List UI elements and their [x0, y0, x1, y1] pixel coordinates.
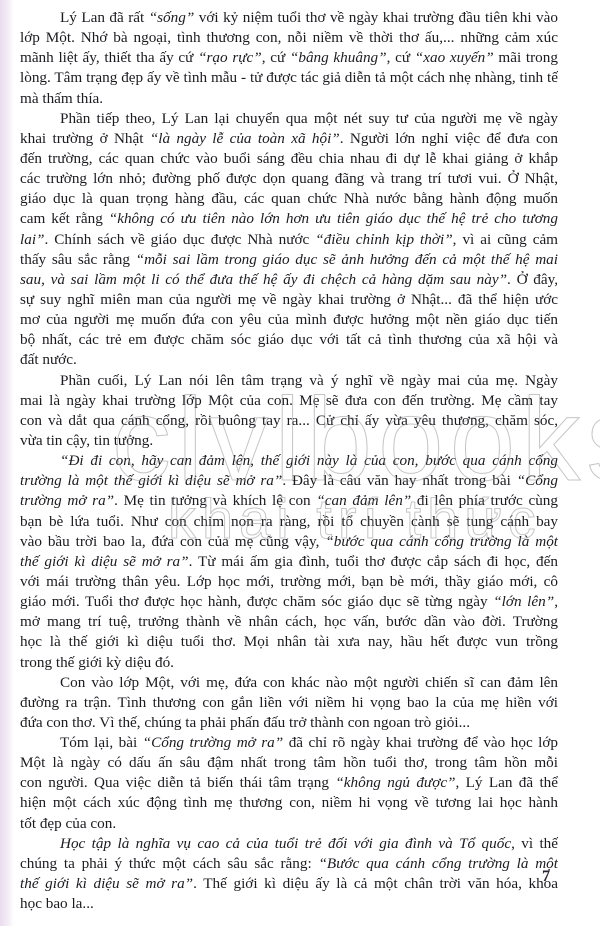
- text-line: Tóm lại, bài “Cổng trường mở ra” đã chỉ …: [20, 733, 558, 753]
- text-run: trong thế giới kỳ diệu đó.: [20, 654, 174, 671]
- text-run: lớp Một. Nhớ bà ngoại, tình thương con, …: [20, 29, 558, 46]
- text-line: trong thế giới kỳ diệu đó.: [20, 653, 558, 673]
- text-run: bạn bè lứa tuổi. Như con chim non ra ràn…: [20, 513, 558, 530]
- italic-quote: trường mở ra”: [20, 492, 114, 509]
- text-run: con người. Qua việc diễn tả biến thái tâ…: [20, 774, 335, 791]
- text-run: . Thế giới kì diệu ấy là cả một chân trờ…: [193, 875, 558, 892]
- text-line: Một là ngày có dấu ấn sâu đậm nhất trong…: [20, 753, 558, 773]
- text-line: đường ra trận. Tình thương con gắn liền …: [20, 693, 558, 713]
- text-run: . Đây là câu văn hay nhất trong bài: [282, 472, 516, 489]
- text-run: mơ của người mẹ muốn đứa con yêu của mìn…: [20, 311, 558, 328]
- paragraph: Con vào lớp Một, với mẹ, đứa con khác nà…: [20, 673, 558, 733]
- text-line: bạn bè lứa tuổi. Như con chim non ra ràn…: [20, 512, 558, 532]
- text-line: học bao la...: [20, 894, 558, 914]
- text-line: chúng ta phải ý thức một cách sâu sắc rằ…: [20, 854, 558, 874]
- text-run: con và dắt qua cánh cổng, rồi buông tay …: [20, 412, 558, 429]
- text-run: bộ nhất, các trẻ em được chăm sóc giáo d…: [20, 331, 558, 348]
- text-run: giáo dục là quan trọng hàng đầu, các qua…: [20, 190, 558, 207]
- italic-quote: sau, và sai lầm một li có thể đưa thế hệ…: [20, 271, 507, 288]
- italic-quote: Học tập là nghĩa vụ cao cả của tuổi trẻ …: [60, 835, 511, 852]
- text-run: học bao la...: [20, 895, 94, 912]
- italic-quote: “Bước qua cánh cổng trường là một: [318, 855, 558, 872]
- text-run: . Người lớn nghỉ việc để đưa con: [340, 130, 558, 147]
- italic-quote: “lớn lên”: [493, 593, 554, 610]
- text-line: các trường lớn nhỏ; đường phố được dọn q…: [20, 169, 558, 189]
- text-run: vào bầu trời bao la, đứa con của mẹ cũng…: [20, 533, 325, 550]
- text-line: thấy sâu sắc rằng “mỗi sai lầm trong giá…: [20, 250, 558, 270]
- italic-quote: thế giới kì diệu sẽ mở ra”: [20, 875, 193, 892]
- text-run: các trường lớn nhỏ; đường phố được dọn q…: [20, 170, 558, 187]
- text-run: đến trường, các quan chức vào buổi sáng …: [20, 150, 558, 167]
- text-run: . Ở đây,: [507, 271, 558, 288]
- text-run: , vì thế: [511, 835, 558, 852]
- text-line: tốt đẹp của con.: [20, 814, 558, 834]
- italic-quote: “can đảm lên”: [316, 492, 411, 509]
- text-line: lai”. Chính sách về giáo dục được Nhà nư…: [20, 230, 558, 250]
- text-line: con và dắt qua cánh cổng, rồi buông tay …: [20, 411, 558, 431]
- italic-quote: “điều chỉnh kịp thời”: [315, 231, 452, 248]
- page-body-text: Lý Lan đã rất “sống” với kỷ niệm tuổi th…: [20, 8, 558, 914]
- italic-quote: “không ngủ được”: [335, 774, 455, 791]
- text-line: vừa tin cậy, tin tưởng.: [20, 431, 558, 451]
- paragraph: Phần tiếp theo, Lý Lan lại chuyển qua mộ…: [20, 109, 558, 371]
- italic-quote: “không có ưu tiên nào lớn hơn ưu tiên gi…: [109, 210, 558, 227]
- text-run: mở mang trí tuệ, trưởng thành về nhân cá…: [20, 613, 558, 630]
- text-run: Phần cuối, Lý Lan nói lên tâm trạng và ý…: [60, 372, 558, 389]
- text-line: Phần cuối, Lý Lan nói lên tâm trạng và ý…: [20, 371, 558, 391]
- text-run: . Từ mái ấm gia đình, tuổi thơ được cắp …: [189, 553, 558, 570]
- text-run: , cứ: [262, 49, 290, 66]
- text-run: thấy sâu sắc rằng: [20, 251, 136, 268]
- text-line: học là thế giới kì diệu tuổi thơ. Mọi nh…: [20, 632, 558, 652]
- page-number: 7: [542, 868, 550, 886]
- italic-quote: lai”: [20, 231, 44, 248]
- text-run: học là thế giới kì diệu tuổi thơ. Mọi nh…: [20, 633, 558, 650]
- text-run: Lý Lan đã rất: [60, 9, 149, 26]
- text-run: . Mẹ tin tưởng và khích lệ con: [114, 492, 316, 509]
- text-line: đứa con thơ. Vì thế, chúng ta phải phấn …: [20, 713, 558, 733]
- text-run: đi lên phía trước cùng: [411, 492, 558, 509]
- text-line: bộ nhất, các trẻ em được chăm sóc giáo d…: [20, 330, 558, 350]
- text-line: giáo mới. Tuổi thơ được học hành, được c…: [20, 592, 558, 612]
- text-line: vào bầu trời bao la, đứa con của mẹ cũng…: [20, 532, 558, 552]
- text-line: sự suy nghĩ miên man của người mẹ về ngà…: [20, 290, 558, 310]
- text-line: thế giới kì diệu sẽ mở ra”. Từ mái ấm gi…: [20, 552, 558, 572]
- text-line: cam kết rằng “không có ưu tiên nào lớn h…: [20, 209, 558, 229]
- text-run: đường ra trận. Tình thương con gắn liền …: [20, 694, 558, 711]
- italic-quote: “là ngày lễ của toàn xã hội”: [150, 130, 340, 147]
- text-line: đến trường, các quan chức vào buổi sáng …: [20, 149, 558, 169]
- text-run: khai trường ở Nhật: [20, 130, 150, 147]
- text-line: mãnh liệt ấy, thiết tha ấy cứ “rạo rực”,…: [20, 48, 558, 68]
- text-run: sự suy nghĩ miên man của người mẹ về ngà…: [20, 291, 558, 308]
- text-line: giáo dục là quan trọng hàng đầu, các qua…: [20, 189, 558, 209]
- text-line: Con vào lớp Một, với mẹ, đứa con khác nà…: [20, 673, 558, 693]
- text-line: mà thấm thía.: [20, 89, 558, 109]
- text-run: Tóm lại, bài: [60, 734, 143, 751]
- text-run: ,: [554, 593, 558, 610]
- italic-quote: “bước qua cánh cổng trường là một: [325, 533, 558, 550]
- text-run: mãnh liệt ấy, thiết tha ấy cứ: [20, 49, 198, 66]
- text-run: , vì ai cũng cảm: [453, 231, 558, 248]
- text-line: mở mang trí tuệ, trưởng thành về nhân cá…: [20, 612, 558, 632]
- text-run: . Chính sách về giáo dục được Nhà nước: [44, 231, 315, 248]
- italic-quote: “Cổng trường mở ra”: [143, 734, 284, 751]
- text-line: con người. Qua việc diễn tả biến thái tâ…: [20, 773, 558, 793]
- page-gutter-shadow: [0, 0, 14, 926]
- text-run: mãi trong: [494, 49, 558, 66]
- text-line: Lý Lan đã rất “sống” với kỷ niệm tuổi th…: [20, 8, 558, 28]
- text-line: hiện một cách xúc động tình mẹ thương co…: [20, 793, 558, 813]
- text-run: Con vào lớp Một, với mẹ, đứa con khác nà…: [60, 674, 558, 691]
- text-run: với mái trường thân yêu. Lớp học mới, tr…: [20, 573, 558, 590]
- text-line: trường mở ra”. Mẹ tin tưởng và khích lệ …: [20, 491, 558, 511]
- text-run: mà thấm thía.: [20, 90, 103, 107]
- text-run: cam kết rằng: [20, 210, 109, 227]
- text-run: chúng ta phải ý thức một cách sâu sắc rằ…: [20, 855, 318, 872]
- text-run: Phần tiếp theo, Lý Lan lại chuyển qua mộ…: [60, 110, 558, 127]
- text-line: Học tập là nghĩa vụ cao cả của tuổi trẻ …: [20, 834, 558, 854]
- italic-quote: “mỗi sai lầm trong giáo dục sẽ ảnh hưởng…: [136, 251, 558, 268]
- text-line: đất nước.: [20, 350, 558, 370]
- italic-quote: “rạo rực”: [198, 49, 262, 66]
- text-run: Một là ngày có dấu ấn sâu đậm nhất trong…: [20, 754, 558, 771]
- text-line: trường là một thế giới kì diệu sẽ mở ra”…: [20, 471, 558, 491]
- text-line: sau, và sai lầm một li có thể đưa thế hệ…: [20, 270, 558, 290]
- paragraph: “Đi đi con, hãy can đảm lên, thế giới nà…: [20, 451, 558, 673]
- text-run: , cứ: [387, 49, 415, 66]
- text-line: mơ của người mẹ muốn đứa con yêu của mìn…: [20, 310, 558, 330]
- text-run: đứa con thơ. Vì thế, chúng ta phải phấn …: [20, 714, 470, 731]
- text-line: Phần tiếp theo, Lý Lan lại chuyển qua mộ…: [20, 109, 558, 129]
- text-line: với mái trường thân yêu. Lớp học mới, tr…: [20, 572, 558, 592]
- text-line: “Đi đi con, hãy can đảm lên, thế giới nà…: [20, 451, 558, 471]
- text-run: đã chỉ rõ ngày khai trường để vào học lớ…: [283, 734, 558, 751]
- italic-quote: “bâng khuâng”: [290, 49, 387, 66]
- text-line: khai trường ở Nhật “là ngày lễ của toàn …: [20, 129, 558, 149]
- italic-quote: “Cổng: [517, 472, 558, 489]
- paragraph: Tóm lại, bài “Cổng trường mở ra” đã chỉ …: [20, 733, 558, 834]
- text-line: thế giới kì diệu sẽ mở ra”. Thế giới kì …: [20, 874, 558, 894]
- text-run: tốt đẹp của con.: [20, 815, 116, 832]
- text-run: mai là ngày khai trường lớp Một của con.…: [20, 392, 558, 409]
- text-line: lòng. Tâm trạng đẹp ấy về tình mẫu - tử …: [20, 68, 558, 88]
- italic-quote: “xao xuyến”: [415, 49, 494, 66]
- text-line: mai là ngày khai trường lớp Một của con.…: [20, 391, 558, 411]
- italic-quote: thế giới kì diệu sẽ mở ra”: [20, 553, 189, 570]
- italic-quote: “sống”: [149, 9, 195, 26]
- text-run: với kỷ niệm tuổi thơ về ngày khai trường…: [194, 9, 558, 26]
- italic-quote: “Đi đi con, hãy can đảm lên, thế giới nà…: [60, 452, 558, 469]
- paragraph: Học tập là nghĩa vụ cao cả của tuổi trẻ …: [20, 834, 558, 915]
- italic-quote: trường là một thế giới kì diệu sẽ mở ra”: [20, 472, 282, 489]
- text-line: lớp Một. Nhớ bà ngoại, tình thương con, …: [20, 28, 558, 48]
- text-run: , Lý Lan đã thể: [456, 774, 558, 791]
- paragraph: Phần cuối, Lý Lan nói lên tâm trạng và ý…: [20, 371, 558, 452]
- text-run: hiện một cách xúc động tình mẹ thương co…: [20, 794, 558, 811]
- paragraph: Lý Lan đã rất “sống” với kỷ niệm tuổi th…: [20, 8, 558, 109]
- text-run: giáo mới. Tuổi thơ được học hành, được c…: [20, 593, 493, 610]
- text-run: vừa tin cậy, tin tưởng.: [20, 432, 153, 449]
- text-run: đất nước.: [20, 351, 77, 368]
- text-run: lòng. Tâm trạng đẹp ấy về tình mẫu - tử …: [20, 69, 558, 86]
